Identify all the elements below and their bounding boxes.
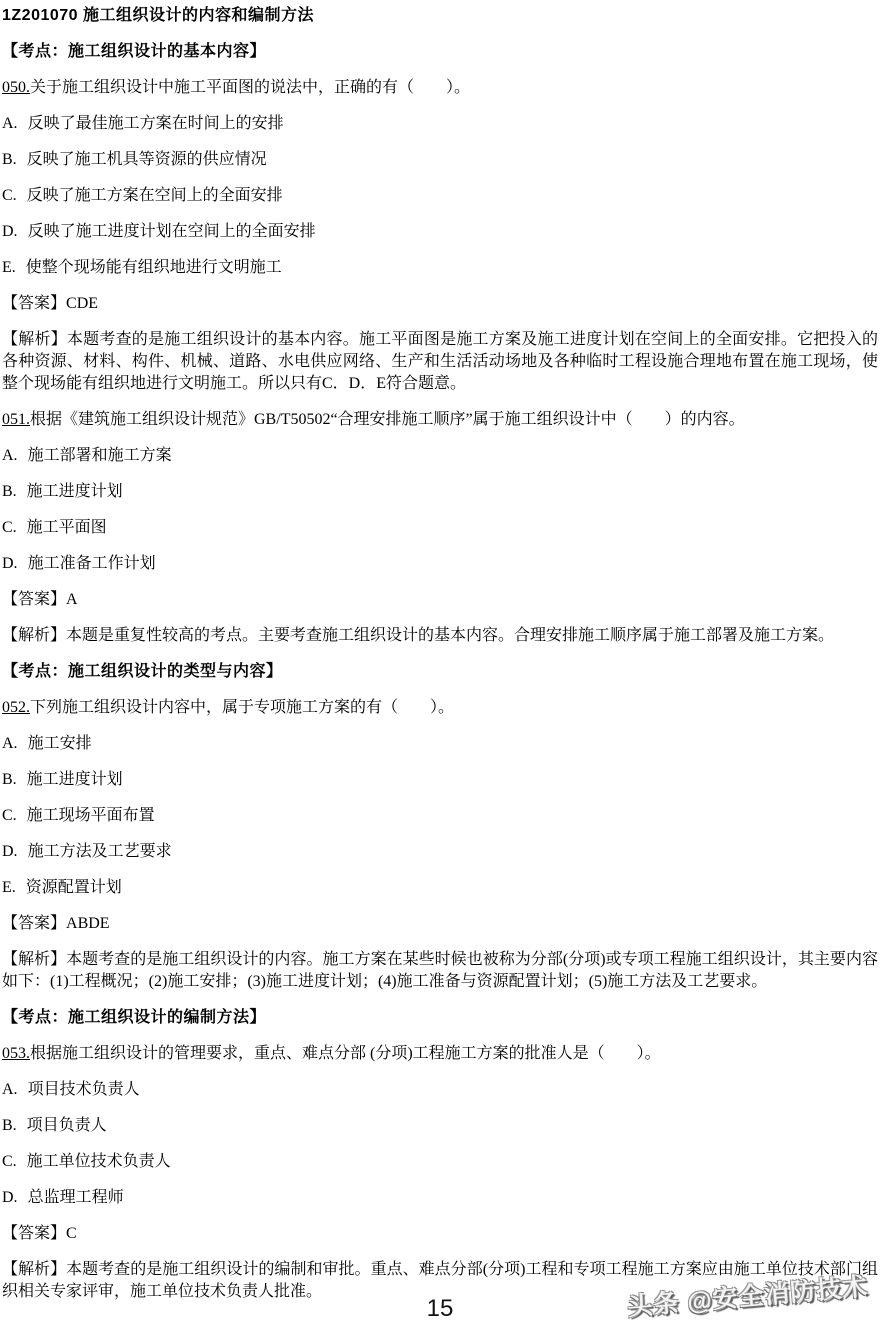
answer-label: 【答案】 (2, 295, 66, 312)
analysis-label: 【解析】 (2, 627, 66, 644)
question-050-answer: 【答案】CDE (2, 293, 878, 315)
question-052-text: 下列施工组织设计内容中，属于专项施工方案的有（ ）。 (30, 699, 454, 716)
question-051-option-a: A.施工部署和施工方案 (2, 445, 878, 467)
answer-label: 【答案】 (2, 1225, 66, 1242)
option-text: 施工单位技术负责人 (27, 1153, 171, 1170)
question-052-number: 052. (2, 699, 30, 716)
question-052-analysis: 【解析】本题考查的是施工组织设计的内容。施工方案在某些时候也被称为分部(分项)或… (2, 949, 878, 993)
option-label: E. (2, 257, 16, 279)
question-053-option-a: A.项目技术负责人 (2, 1079, 878, 1101)
question-050-option-e: E.使整个现场能有组织地进行文明施工 (2, 257, 878, 279)
question-050: 050.关于施工组织设计中施工平面图的说法中，正确的有（ ）。 A.反映了最佳施… (2, 77, 878, 395)
question-053-answer: 【答案】C (2, 1223, 878, 1245)
option-text: 使整个现场能有组织地进行文明施工 (26, 259, 282, 276)
question-050-option-d: D.反映了施工进度计划在空间上的全面安排 (2, 221, 878, 243)
question-051-number: 051. (2, 411, 30, 428)
option-label: B. (2, 769, 17, 791)
option-text: 施工进度计划 (27, 483, 123, 500)
question-051-stem: 051.根据《建筑施工组织设计规范》GB/T50502“合理安排施工顺序”属于施… (2, 409, 878, 431)
topic-heading-compilation-method: 【考点：施工组织设计的编制方法】 (2, 1007, 878, 1029)
question-053-option-d: D.总监理工程师 (2, 1187, 878, 1209)
question-051-text: 根据《建筑施工组织设计规范》GB/T50502“合理安排施工顺序”属于施工组织设… (30, 411, 745, 428)
question-050-option-b: B.反映了施工机具等资源的供应情况 (2, 149, 878, 171)
option-text: 反映了施工方案在空间上的全面安排 (27, 187, 283, 204)
question-050-text: 关于施工组织设计中施工平面图的说法中，正确的有（ ）。 (30, 79, 470, 96)
question-052-option-a: A.施工安排 (2, 733, 878, 755)
option-label: A. (2, 733, 18, 755)
option-label: A. (2, 445, 18, 467)
answer-label: 【答案】 (2, 591, 66, 608)
option-label: C. (2, 517, 17, 539)
answer-value: C (66, 1225, 77, 1242)
question-052-stem: 052.下列施工组织设计内容中，属于专项施工方案的有（ ）。 (2, 697, 878, 719)
question-050-number: 050. (2, 79, 30, 96)
option-label: B. (2, 481, 17, 503)
option-text: 施工准备工作计划 (28, 555, 156, 572)
option-text: 反映了最佳施工方案在时间上的安排 (28, 115, 284, 132)
option-label: D. (2, 1187, 18, 1209)
answer-value: ABDE (66, 915, 110, 932)
question-050-option-a: A.反映了最佳施工方案在时间上的安排 (2, 113, 878, 135)
question-051-option-b: B.施工进度计划 (2, 481, 878, 503)
question-050-analysis: 【解析】本题考查的是施工组织设计的基本内容。施工平面图是施工方案及施工进度计划在… (2, 329, 878, 395)
option-text: 施工平面图 (27, 519, 107, 536)
option-label: D. (2, 841, 18, 863)
answer-value: A (66, 591, 78, 608)
question-052: 052.下列施工组织设计内容中，属于专项施工方案的有（ ）。 A.施工安排 B.… (2, 697, 878, 993)
option-label: A. (2, 1079, 18, 1101)
option-text: 总监理工程师 (28, 1189, 124, 1206)
analysis-text: 本题考查的是施工组织设计的基本内容。施工平面图是施工方案及施工进度计划在空间上的… (2, 331, 878, 392)
analysis-label: 【解析】 (2, 1261, 66, 1278)
analysis-text: 本题考查的是施工组织设计的内容。施工方案在某些时候也被称为分部(分项)或专项工程… (2, 951, 878, 990)
question-052-option-c: C.施工现场平面布置 (2, 805, 878, 827)
option-label: C. (2, 805, 17, 827)
answer-value: CDE (66, 295, 98, 312)
document-page: 1Z201070 施工组织设计的内容和编制方法 【考点：施工组织设计的基本内容】… (0, 0, 880, 1325)
question-052-answer: 【答案】ABDE (2, 913, 878, 935)
option-text: 施工方法及工艺要求 (28, 843, 172, 860)
topic-heading-types-content: 【考点：施工组织设计的类型与内容】 (2, 661, 878, 683)
option-text: 施工部署和施工方案 (28, 447, 172, 464)
option-label: C. (2, 1151, 17, 1173)
analysis-label: 【解析】 (2, 331, 67, 348)
question-053-text: 根据施工组织设计的管理要求，重点、难点分部 (分项)工程施工方案的批准人是（ ）… (30, 1045, 661, 1062)
analysis-label: 【解析】 (2, 951, 66, 968)
question-053-option-b: B.项目负责人 (2, 1115, 878, 1137)
answer-label: 【答案】 (2, 915, 66, 932)
option-label: E. (2, 877, 16, 899)
question-050-option-c: C.反映了施工方案在空间上的全面安排 (2, 185, 878, 207)
option-label: B. (2, 1115, 17, 1137)
option-label: D. (2, 553, 18, 575)
question-053-stem: 053.根据施工组织设计的管理要求，重点、难点分部 (分项)工程施工方案的批准人… (2, 1043, 878, 1065)
question-053: 053.根据施工组织设计的管理要求，重点、难点分部 (分项)工程施工方案的批准人… (2, 1043, 878, 1303)
question-053-number: 053. (2, 1045, 30, 1062)
question-051-analysis: 【解析】本题是重复性较高的考点。主要考查施工组织设计的基本内容。合理安排施工顺序… (2, 625, 878, 647)
option-text: 项目负责人 (27, 1117, 107, 1134)
question-052-option-d: D.施工方法及工艺要求 (2, 841, 878, 863)
question-052-option-e: E.资源配置计划 (2, 877, 878, 899)
question-053-option-c: C.施工单位技术负责人 (2, 1151, 878, 1173)
option-text: 施工安排 (28, 735, 92, 752)
question-052-option-b: B.施工进度计划 (2, 769, 878, 791)
option-text: 资源配置计划 (26, 879, 122, 896)
option-label: A. (2, 113, 18, 135)
question-051-option-d: D.施工准备工作计划 (2, 553, 878, 575)
option-text: 项目技术负责人 (28, 1081, 140, 1098)
option-label: B. (2, 149, 17, 171)
option-text: 反映了施工机具等资源的供应情况 (27, 151, 267, 168)
document-title: 1Z201070 施工组织设计的内容和编制方法 (2, 5, 878, 27)
option-text: 反映了施工进度计划在空间上的全面安排 (28, 223, 316, 240)
analysis-text: 本题是重复性较高的考点。主要考查施工组织设计的基本内容。合理安排施工顺序属于施工… (66, 627, 834, 644)
option-label: D. (2, 221, 18, 243)
option-text: 施工进度计划 (27, 771, 123, 788)
question-051-option-c: C.施工平面图 (2, 517, 878, 539)
topic-heading-basic-content: 【考点：施工组织设计的基本内容】 (2, 41, 878, 63)
question-050-stem: 050.关于施工组织设计中施工平面图的说法中，正确的有（ ）。 (2, 77, 878, 99)
question-051: 051.根据《建筑施工组织设计规范》GB/T50502“合理安排施工顺序”属于施… (2, 409, 878, 647)
question-051-answer: 【答案】A (2, 589, 878, 611)
option-label: C. (2, 185, 17, 207)
option-text: 施工现场平面布置 (27, 807, 155, 824)
